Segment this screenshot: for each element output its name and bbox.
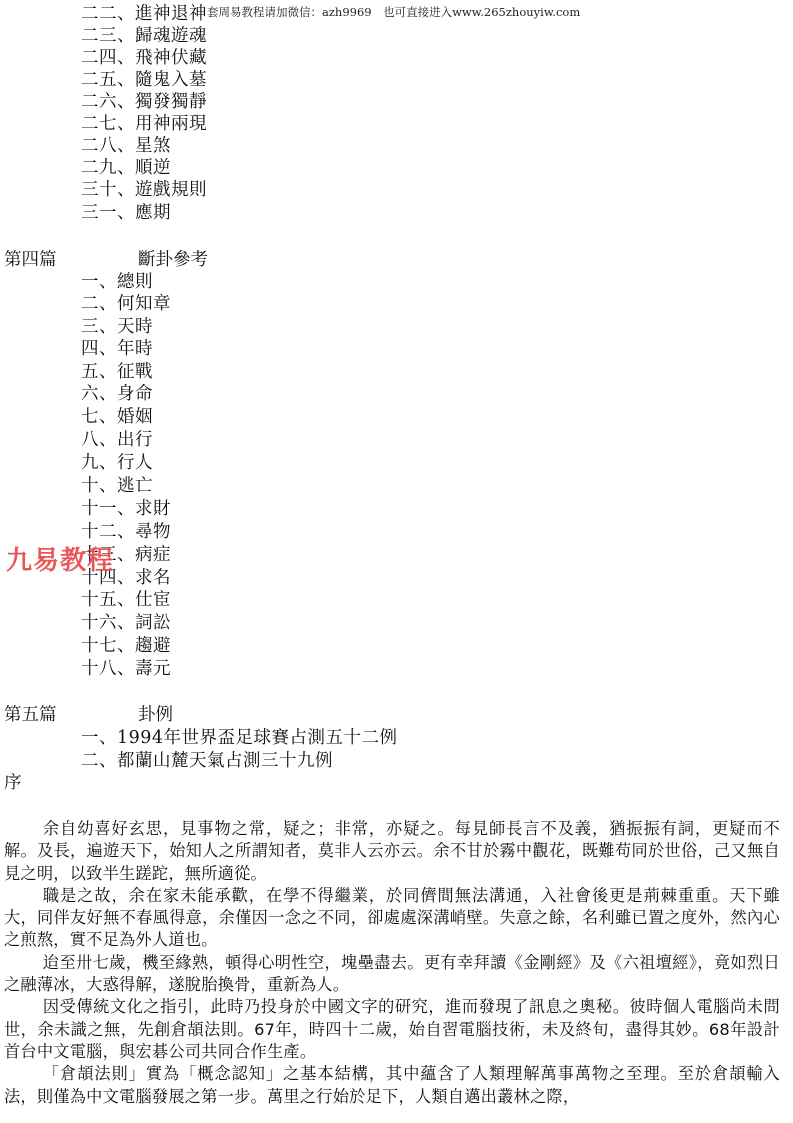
toc-item: 十八、壽元: [81, 658, 171, 680]
part-label: 第四篇: [4, 250, 57, 270]
toc-item: 三十、遊戲規則: [81, 179, 207, 201]
toc-item: 三一、應期: [81, 202, 171, 224]
toc-item: 一、總則: [81, 271, 153, 293]
document-page: 二二、進神退神 二三、歸魂遊魂 二四、飛神伏藏 二五、隨鬼入墓 二六、獨發獨靜 …: [0, 0, 793, 1123]
toc-item: 二七、用神兩現: [81, 113, 207, 135]
toc-item: 四、年時: [81, 338, 153, 360]
preface-body: 余自幼喜好玄思，見事物之常，疑之；非常，亦疑之。每見師長言不及義，猶振振有詞，更…: [4, 818, 780, 1108]
part-title: 斷卦參考: [138, 249, 208, 271]
toc-item: 二九、順逆: [81, 157, 171, 179]
part-label: 第五篇: [4, 705, 57, 725]
toc-item: 三、天時: [81, 316, 153, 338]
toc-item: 十六、詞訟: [81, 612, 171, 634]
preface-paragraph: 「倉頡法則」實為「概念認知」之基本結構，其中蘊含了人類理解萬事萬物之至理。至於倉…: [4, 1063, 780, 1108]
preface-heading: 序: [4, 772, 22, 794]
toc-item: 八、出行: [81, 429, 153, 451]
toc-item: 二、都蘭山麓天氣占測三十九例: [81, 750, 333, 772]
toc-item: 一、1994年世界盃足球賽占測五十二例: [81, 727, 398, 749]
preface-paragraph: 因受傳統文化之指引，此時乃投身於中國文字的研究，進而發現了訊息之奧秘。彼時個人電…: [4, 996, 780, 1063]
toc-item: 十五、仕宦: [81, 589, 171, 611]
toc-item: 七、婚姻: [81, 406, 153, 428]
preface-paragraph: 余自幼喜好玄思，見事物之常，疑之；非常，亦疑之。每見師長言不及義，猶振振有詞，更…: [4, 818, 780, 885]
preface-paragraph: 迨至卅七歲，機至緣熟，頓得心明性空，塊壘盡去。更有幸拜讀《金剛經》及《六祖壇經》…: [4, 952, 780, 997]
toc-item: 二四、飛神伏藏: [81, 47, 207, 69]
part-5-heading: 第五篇 卦例: [4, 704, 57, 726]
preface-paragraph: 職是之故，余在家未能承歡，在學不得繼業，於同儕間無法溝通，入社會後更是荊棘重重。…: [4, 885, 780, 952]
toc-item: 二、何知章: [81, 293, 171, 315]
toc-item: 十七、趨避: [81, 635, 171, 657]
watermark-logo: 九易教程: [6, 545, 114, 577]
toc-item: 十二、尋物: [81, 521, 171, 543]
toc-item: 十一、求財: [81, 498, 171, 520]
toc-item: 六、身命: [81, 383, 153, 405]
part-4-heading: 第四篇 斷卦參考: [4, 249, 57, 271]
toc-item: 九、行人: [81, 452, 153, 474]
toc-item: 二五、隨鬼入墓: [81, 69, 207, 91]
part-title: 卦例: [138, 704, 173, 726]
toc-item: 十、逃亡: [81, 475, 153, 497]
toc-item: 二三、歸魂遊魂: [81, 25, 207, 47]
toc-item: 二六、獨發獨靜: [81, 91, 207, 113]
toc-item: 二二、進神退神: [81, 3, 207, 25]
watermark-banner: 套周易教程请加微信：azh9969 也可直接进入www.265zhouyiw.c…: [205, 5, 580, 19]
toc-item: 五、征戰: [81, 361, 153, 383]
toc-item: 二八、星煞: [81, 135, 171, 157]
